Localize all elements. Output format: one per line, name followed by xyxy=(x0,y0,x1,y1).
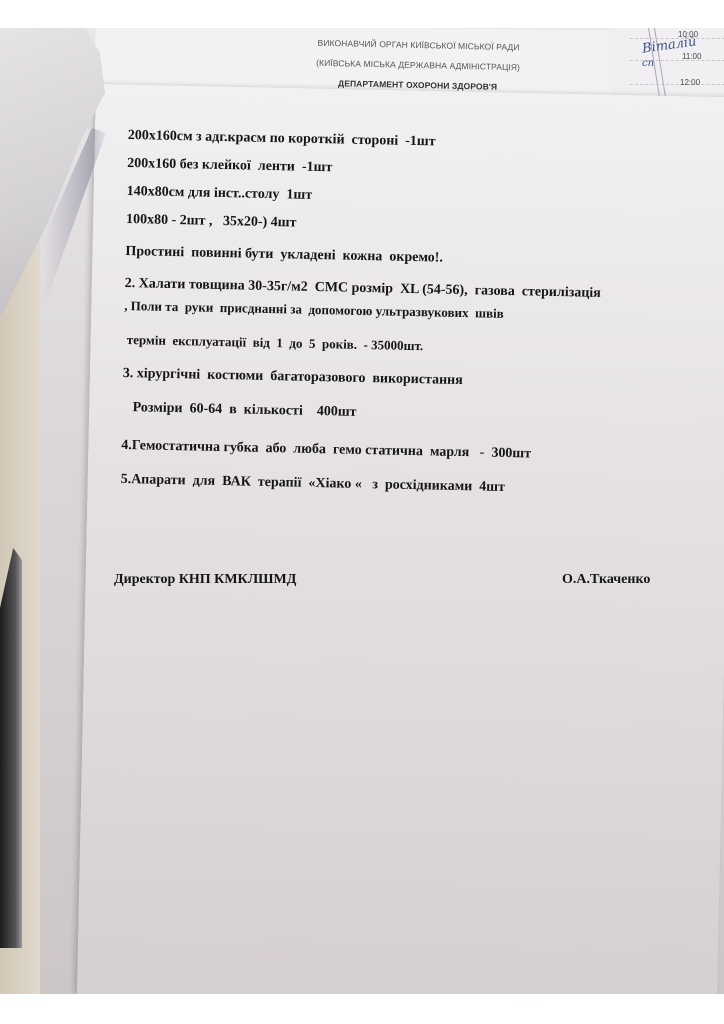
planner-time: 12:00 xyxy=(680,78,700,87)
signature-name: О.А.Ткаченко xyxy=(562,572,650,588)
signature-title: Директор КНП КМКЛШМД xyxy=(114,572,296,588)
dark-object-edge xyxy=(0,548,22,948)
planner-time: 11:00 xyxy=(682,52,701,61)
handwritten-note: сп xyxy=(642,58,654,69)
letterhead-line2: (КИЇВСЬКА МІСЬКА ДЕРЖАВНА АДМІНІСТРАЦІЯ) xyxy=(268,57,568,74)
document-photo: ВИКОНАВЧИЙ ОРГАН КИЇВСЬКОЇ МІСЬКОЇ РАДИ … xyxy=(0,28,724,994)
